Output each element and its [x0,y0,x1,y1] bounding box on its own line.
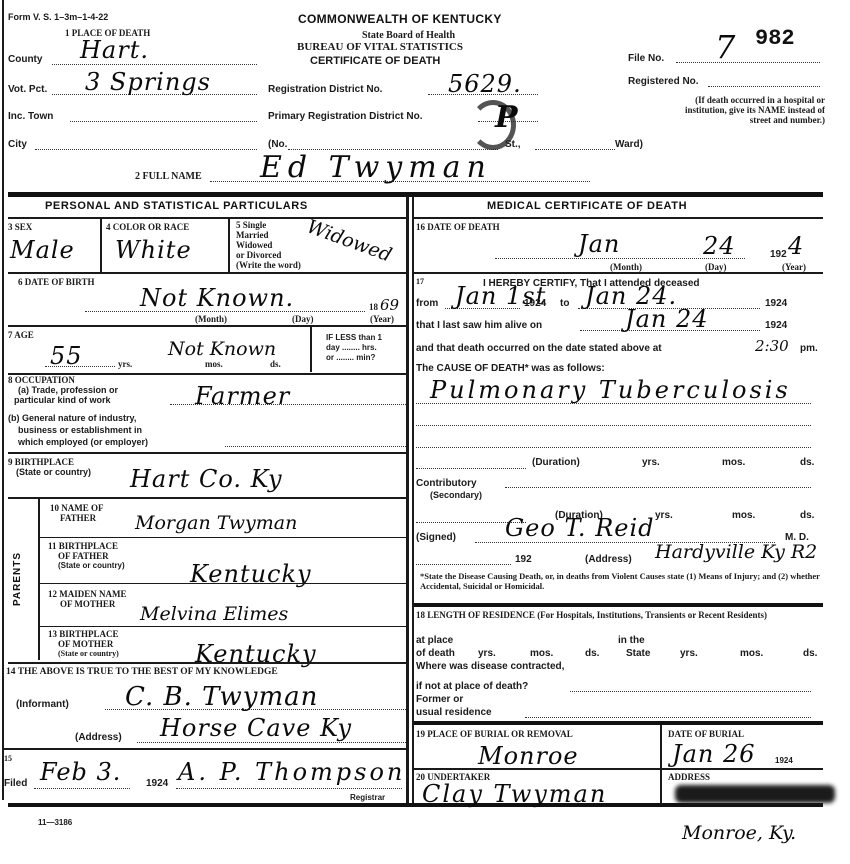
mother-birthplace-label: 13 BIRTHPLACE OF MOTHER (State or countr… [48,629,119,659]
contributory-label: Contributory [416,478,477,489]
informant-address-value: Horse Cave Ky [160,714,352,742]
dod-year-value: 4 [788,232,804,260]
from-label: from [416,298,438,309]
knowledge-statement: 14 THE ABOVE IS TRUE TO THE BEST OF MY K… [6,667,278,677]
parents-label: PARENTS [12,552,23,606]
inc-town-label: Inc. Town [8,111,53,122]
informant-address-label: (Address) [75,732,122,743]
cause-footnote: *State the Disease Causing Death, or, in… [420,571,820,591]
full-name-label: 2 FULL NAME [135,171,202,182]
burial-date-value: Jan 26 [672,740,756,768]
marital-label: 5 Single Married Widowed or Divorced (Wr… [236,220,301,270]
print-code: 11—3186 [38,818,72,828]
race-label: 4 COLOR OR RACE [106,222,189,232]
signed-label: (Signed) [416,532,456,543]
filed-number: 15 [4,754,12,764]
death-occurred-text: and that death occurred on the date stat… [416,343,662,354]
undertaker-address-value: Monroe, Ky. [682,822,796,844]
certificate-title: CERTIFICATE OF DEATH [310,55,440,67]
age-ds-label: ds. [270,359,281,369]
dob-label: 6 DATE OF BIRTH [18,277,94,287]
registration-district-value: 5629. [448,70,522,98]
dod-label: 16 DATE OF DEATH [416,222,500,232]
age-yrs-label: yrs. [118,359,132,369]
mother-name-value: Melvina Elimes [140,603,288,625]
residence-mos-2: mos. [740,648,763,659]
duration-ds-2: ds. [800,510,814,521]
stamp-letter: P [495,100,519,135]
bureau-title: BUREAU OF VITAL STATISTICS [297,42,463,53]
burial-date-year: 1924 [775,756,793,766]
file-no-handwritten: 7 [715,28,736,66]
registrar-label: Registrar [350,793,385,803]
dob-month-caption: (Month) [195,314,227,324]
to-year: 1924 [765,298,787,309]
of-death-label: of death [416,648,455,659]
contracted-label: Where was disease contracted, [416,661,564,672]
marital-value: Widowed [304,216,395,267]
age-label: 7 AGE [8,330,34,340]
occupation-b-label: (b) General nature of industry, business… [8,412,148,448]
ward-label: Ward) [615,139,643,150]
full-name-value: Ed Twyman [260,150,492,185]
father-name-value: Morgan Twyman [135,512,297,534]
duration-ds-1: ds. [800,457,814,468]
dob-value: Not Known. [140,284,294,312]
form-id: Form V. S. 1–3m–1-4-22 [8,12,108,22]
residence-ds-1: ds. [585,648,599,659]
certify-number: 17 [416,277,424,287]
last-saw-value: Jan 24 [625,305,709,333]
hospital-note: (If death occurred in a hospital or inst… [665,95,825,125]
dod-month: Jan [578,230,620,258]
personal-section-title: PERSONAL AND STATISTICAL PARTICULARS [45,200,308,212]
residence-mos-1: mos. [530,648,553,659]
residence-yrs-1: yrs. [478,648,496,659]
informant-label: (Informant) [16,699,69,710]
residence-ds-2: ds. [803,648,817,659]
burial-place-value: Monroe [478,742,579,770]
death-time-suffix: pm. [800,343,818,354]
registrar-signature: A. P. Thompson [178,758,405,786]
dob-year-value: 69 [380,296,399,314]
age-mos-value: Not Known [168,338,276,360]
registration-district-label: Registration District No. [268,84,382,95]
burial-place-label: 19 PLACE OF BURIAL OR REMOVAL [416,729,573,739]
birthplace-value: Hart Co. Ky [130,465,283,493]
dob-year-prefix: 18 [369,302,378,312]
dod-year-caption: (Year) [782,262,806,272]
dod-day-caption: (Day) [705,262,727,272]
less-than-day-label: IF LESS than 1 day ........ hrs. or ....… [326,333,382,363]
birthplace-sub-label: (State or country) [16,467,91,477]
state-label: State [626,648,650,659]
physician-address-label: (Address) [585,554,632,565]
dob-year-caption: (Year) [370,314,394,324]
sex-label: 3 SEX [8,222,32,232]
file-no-label: File No. [628,53,664,64]
filed-label: Filed [4,778,27,789]
medical-section-title: MEDICAL CERTIFICATE OF DEATH [487,200,687,212]
occupation-label: 8 OCCUPATION [8,375,75,385]
vot-pct-label: Vot. Pct. [8,84,47,95]
last-saw-text: that I last saw him alive on [416,320,542,331]
board-title: State Board of Health [362,30,455,41]
dod-month-caption: (Month) [610,262,642,272]
cause-value: Pulmonary Tuberculosis [430,376,791,404]
duration-mos-2: mos. [732,510,755,521]
cause-label: The CAUSE OF DEATH* was as follows: [416,363,605,374]
former-label: Former or [416,694,463,705]
primary-registration-label: Primary Registration District No. [268,111,422,122]
death-time-value: 2:30 [755,337,789,355]
burial-date-label: DATE OF BURIAL [668,729,744,739]
to-label: to [560,298,569,309]
duration-yrs-1: yrs. [642,457,660,468]
registered-no-label: Registered No. [628,76,699,87]
duration-label-1: (Duration) [532,457,580,468]
city-label: City [8,139,27,150]
physician-address-value: Hardyville Ky R2 [655,541,817,563]
age-mos-label: mos. [205,359,223,369]
file-no-typed: 982 [755,26,795,51]
undertaker-address-label: ADDRESS [668,772,710,782]
occupation-value: Farmer [195,382,290,410]
street-no-label: (No. [268,139,287,150]
sex-value: Male [10,236,75,264]
residence-yrs-2: yrs. [680,648,698,659]
commonwealth-title: COMMONWEALTH OF KENTUCKY [298,12,502,26]
father-birthplace-label: 11 BIRTHPLACE OF FATHER (State or countr… [48,541,125,571]
usual-residence-label: usual residence [416,707,492,718]
last-saw-year: 1924 [765,320,787,331]
vot-pct-value: 3 Springs [85,68,211,96]
from-year: 1924 [524,298,546,309]
dod-day: 24 [703,232,736,260]
physician-signature: Geo T. Reid [505,514,655,542]
dod-year-prefix: 192 [770,249,787,260]
informant-value: C. B. Twyman [125,682,318,712]
ink-smudge [675,785,835,803]
birthplace-label: 9 BIRTHPLACE [8,457,74,467]
in-the-label: in the [618,635,645,646]
residence-label: 18 LENGTH OF RESIDENCE (For Hospitals, I… [416,609,821,621]
signature-year-label: 192 [515,554,532,565]
occupation-a-label: (a) Trade, profession or particular kind… [18,385,118,405]
father-name-label: 10 NAME OF FATHER [50,503,104,523]
at-place-label: at place [416,635,453,646]
dob-day-caption: (Day) [292,314,314,324]
undertaker-value: Clay Twyman [422,780,607,808]
duration-yrs-2: yrs. [655,510,673,521]
race-value: White [115,236,192,264]
if-not-place-label: if not at place of death? [416,681,528,692]
filed-year: 1924 [146,778,168,789]
county-value: Hart. [80,36,149,64]
mother-name-label: 12 MAIDEN NAME OF MOTHER [48,589,127,609]
duration-mos-1: mos. [722,457,745,468]
county-label: County [8,54,42,65]
filed-date-value: Feb 3. [40,758,121,786]
secondary-label: (Secondary) [430,490,482,500]
